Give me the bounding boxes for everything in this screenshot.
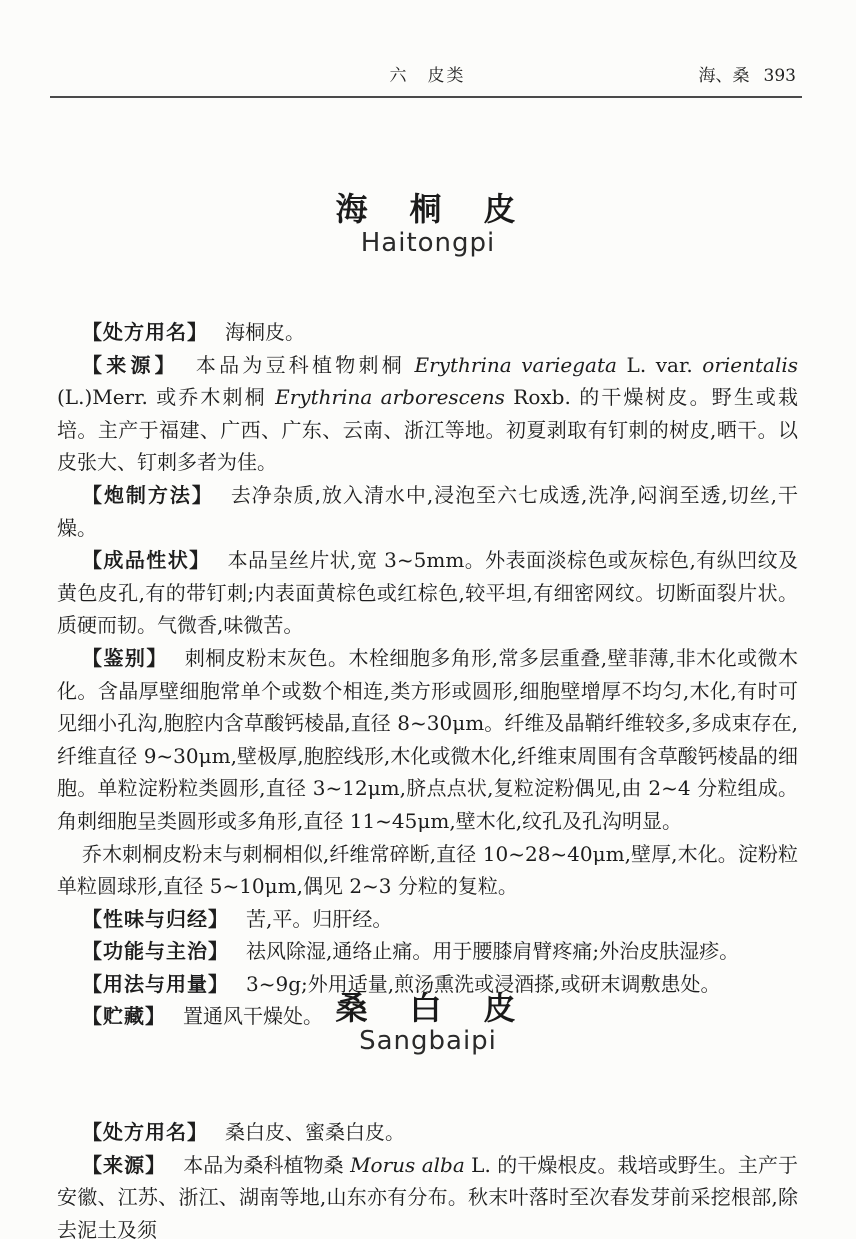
- entry-label: 【炮制方法】: [82, 483, 214, 507]
- article-title-haitongpi: 海 桐 皮: [0, 184, 856, 230]
- running-section-title: 六 皮类: [57, 64, 798, 88]
- running-chapter-ref: 海、桑: [699, 66, 750, 86]
- article-title-sangbaipi: 桑 白 皮: [0, 983, 856, 1029]
- running-head-right: 海、桑393: [699, 64, 796, 88]
- scanned-document-page: 六 皮类 海、桑393 海 桐 皮 Haitongpi 【处方用名】海桐皮。 【…: [0, 0, 856, 1239]
- entry-identification-continued: 乔木刺桐皮粉末与刺桐相似,纤维常碎断,直径 10~28~40μm,壁厚,木化。淀…: [57, 838, 798, 903]
- entry-source: 【来源】本品为桑科植物桑 Morus alba L. 的干燥根皮。栽培或野生。主…: [57, 1149, 798, 1239]
- entry-text: 祛风除湿,通络止痛。用于腰膝肩臂疼痛;外治皮肤湿疹。: [246, 939, 739, 963]
- entry-prescription-names: 【处方用名】海桐皮。: [57, 316, 798, 349]
- entry-label: 【处方用名】: [82, 320, 208, 344]
- article-pinyin-sangbaipi: Sangbaipi: [0, 1026, 856, 1056]
- entry-taste-meridian: 【性味与归经】苦,平。归肝经。: [57, 903, 798, 936]
- entry-text: 海桐皮。: [225, 320, 305, 344]
- entry-text: 本品为桑科植物桑 Morus alba L. 的干燥根皮。栽培或野生。主产于安徽…: [57, 1153, 798, 1239]
- entry-text: 乔木刺桐皮粉末与刺桐相似,纤维常碎断,直径 10~28~40μm,壁厚,木化。淀…: [57, 842, 798, 899]
- entry-label: 【来源】: [82, 353, 179, 377]
- entry-source: 【来源】本品为豆科植物刺桐 Erythrina variegata L. var…: [57, 349, 798, 479]
- entry-processing-method: 【炮制方法】去净杂质,放入清水中,浸泡至六七成透,洗净,闷润至透,切丝,干燥。: [57, 479, 798, 544]
- entry-identification: 【鉴别】刺桐皮粉末灰色。木栓细胞多角形,常多层重叠,壁菲薄,非木化或微木化。含晶…: [57, 642, 798, 838]
- entry-prescription-names: 【处方用名】桑白皮、蜜桑白皮。: [57, 1116, 798, 1149]
- entry-label: 【处方用名】: [82, 1120, 208, 1144]
- header-divider-rule: [50, 96, 802, 98]
- article-body-haitongpi: 【处方用名】海桐皮。 【来源】本品为豆科植物刺桐 Erythrina varie…: [57, 316, 798, 1033]
- entry-functions-indications: 【功能与主治】祛风除湿,通络止痛。用于腰膝肩臂疼痛;外治皮肤湿疹。: [57, 935, 798, 968]
- article-pinyin-haitongpi: Haitongpi: [0, 228, 856, 258]
- entry-text: 苦,平。归肝经。: [246, 907, 392, 931]
- entry-text: 刺桐皮粉末灰色。木栓细胞多角形,常多层重叠,壁菲薄,非木化或微木化。含晶厚壁细胞…: [57, 646, 798, 833]
- entry-label: 【来源】: [82, 1153, 166, 1177]
- entry-label: 【功能与主治】: [82, 939, 229, 963]
- entry-text: 桑白皮、蜜桑白皮。: [225, 1120, 405, 1144]
- page-number: 393: [764, 66, 796, 86]
- entry-label: 【性味与归经】: [82, 907, 229, 931]
- entry-label: 【鉴别】: [82, 646, 168, 670]
- entry-product-characters: 【成品性状】本品呈丝片状,宽 3~5mm。外表面淡棕色或灰棕色,有纵凹纹及黄色皮…: [57, 544, 798, 642]
- article-body-sangbaipi: 【处方用名】桑白皮、蜜桑白皮。 【来源】本品为桑科植物桑 Morus alba …: [57, 1116, 798, 1239]
- entry-label: 【成品性状】: [82, 548, 211, 572]
- page-header: 六 皮类 海、桑393: [57, 64, 798, 88]
